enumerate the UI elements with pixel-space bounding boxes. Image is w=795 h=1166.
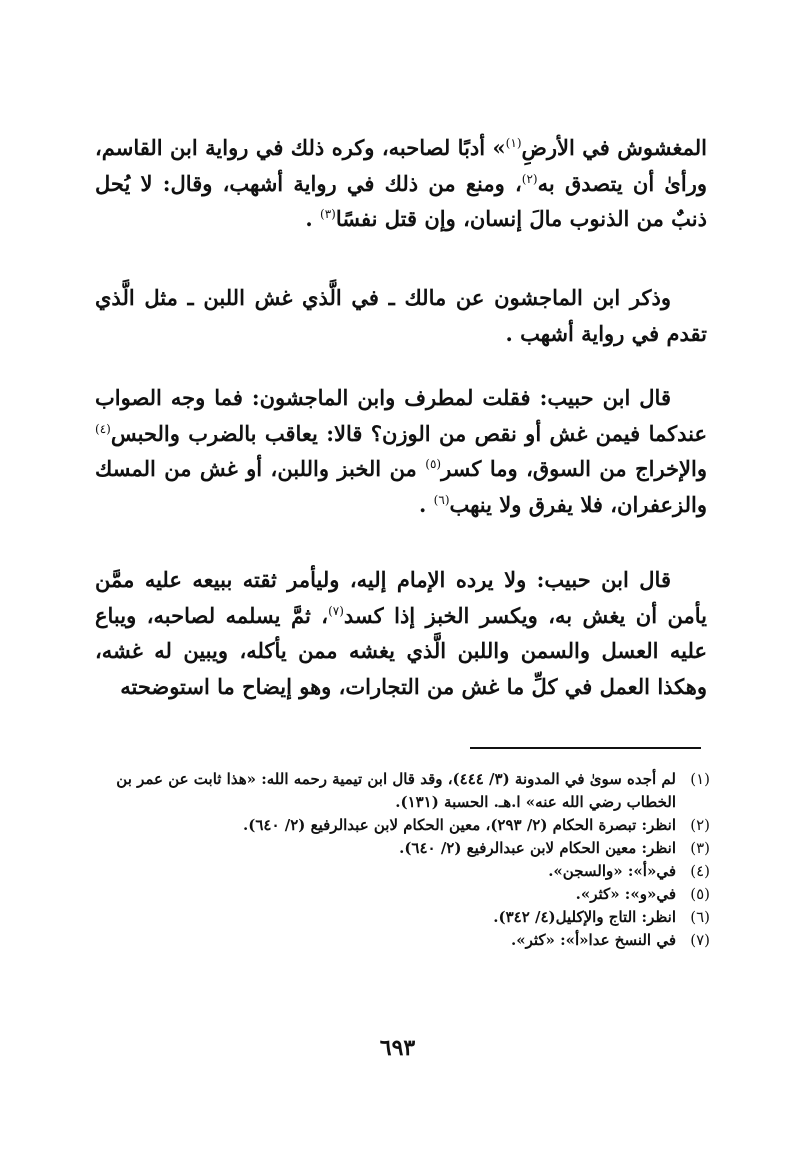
footnote-ref-6[interactable]: (٦) — [434, 493, 450, 507]
footnotes: (١) لم أجده سوىٰ في المدونة (٣/ ٤٤٤)، وق… — [100, 768, 710, 952]
paragraph-text: وذكر ابن الماجشون عن مالك ـ في الَّذي غش… — [95, 280, 707, 351]
paragraph-text: المغشوش في الأرضِ(١)» أدبًا لصاحبه، وكره… — [95, 130, 707, 237]
text-segment: قال ابن حبيب: فقلت لمطرف وابن الماجشون: … — [95, 385, 707, 446]
footnote-text: انظر: معين الحكام لابن عبدالرفيع (٢/ ٦٤٠… — [100, 837, 676, 860]
footnote-number: (٢) — [676, 814, 710, 837]
footnote-number: (٦) — [676, 906, 710, 929]
footnote-number: (٥) — [676, 883, 710, 906]
footnote-5: (٥) في«و»: «كثر». — [100, 883, 710, 906]
footnote-text: لم أجده سوىٰ في المدونة (٣/ ٤٤٤)، وقد قا… — [100, 768, 676, 814]
paragraph-text: قال ابن حبيب: فقلت لمطرف وابن الماجشون: … — [95, 380, 707, 522]
footnote-text: في النسخ عدا«أ»: «كثر». — [100, 929, 676, 952]
text-segment: . — [305, 206, 320, 231]
text-segment: . — [419, 492, 434, 517]
footnote-ref-1[interactable]: (١) — [506, 136, 522, 150]
footnote-1: (١) لم أجده سوىٰ في المدونة (٣/ ٤٤٤)، وق… — [100, 768, 710, 814]
paragraph-3: قال ابن حبيب: فقلت لمطرف وابن الماجشون: … — [95, 380, 707, 522]
paragraph-text: قال ابن حبيب: ولا يرده الإمام إليه، وليأ… — [95, 562, 707, 704]
book-page: المغشوش في الأرضِ(١)» أدبًا لصاحبه، وكره… — [0, 0, 795, 1166]
footnote-3: (٣) انظر: معين الحكام لابن عبدالرفيع (٢/… — [100, 837, 710, 860]
footnote-number: (١) — [676, 768, 710, 814]
footnote-text: انظر: تبصرة الحكام (٢/ ٢٩٣)، معين الحكام… — [100, 814, 676, 837]
footnote-number: (٣) — [676, 837, 710, 860]
footnote-ref-7[interactable]: (٧) — [328, 604, 344, 618]
footnote-text: في«أ»: «والسجن». — [100, 860, 676, 883]
footnote-number: (٧) — [676, 929, 710, 952]
footnote-ref-5[interactable]: (٥) — [425, 457, 441, 471]
footnote-separator — [470, 747, 701, 749]
footnote-number: (٤) — [676, 860, 710, 883]
paragraph-4: قال ابن حبيب: ولا يرده الإمام إليه، وليأ… — [95, 562, 707, 704]
footnote-ref-2[interactable]: (٢) — [522, 172, 538, 186]
footnote-7: (٧) في النسخ عدا«أ»: «كثر». — [100, 929, 710, 952]
footnote-2: (٢) انظر: تبصرة الحكام (٢/ ٢٩٣)، معين ال… — [100, 814, 710, 837]
text-segment: والإخراج من السوق، وما كسر — [441, 456, 707, 481]
paragraph-1: المغشوش في الأرضِ(١)» أدبًا لصاحبه، وكره… — [95, 130, 707, 237]
footnote-4: (٤) في«أ»: «والسجن». — [100, 860, 710, 883]
text-segment: وذكر ابن الماجشون عن مالك ـ في الَّذي غش… — [95, 285, 707, 346]
paragraph-2: وذكر ابن الماجشون عن مالك ـ في الَّذي غش… — [95, 280, 707, 351]
footnote-ref-3[interactable]: (٣) — [320, 207, 336, 221]
text-segment: المغشوش في الأرضِ — [522, 135, 708, 160]
footnote-text: في«و»: «كثر». — [100, 883, 676, 906]
footnote-text: انظر: التاج والإكليل(٤/ ٣٤٢). — [100, 906, 676, 929]
footnote-ref-4[interactable]: (٤) — [95, 422, 111, 436]
page-number: ٦٩٣ — [0, 1035, 795, 1061]
footnote-6: (٦) انظر: التاج والإكليل(٤/ ٣٤٢). — [100, 906, 710, 929]
